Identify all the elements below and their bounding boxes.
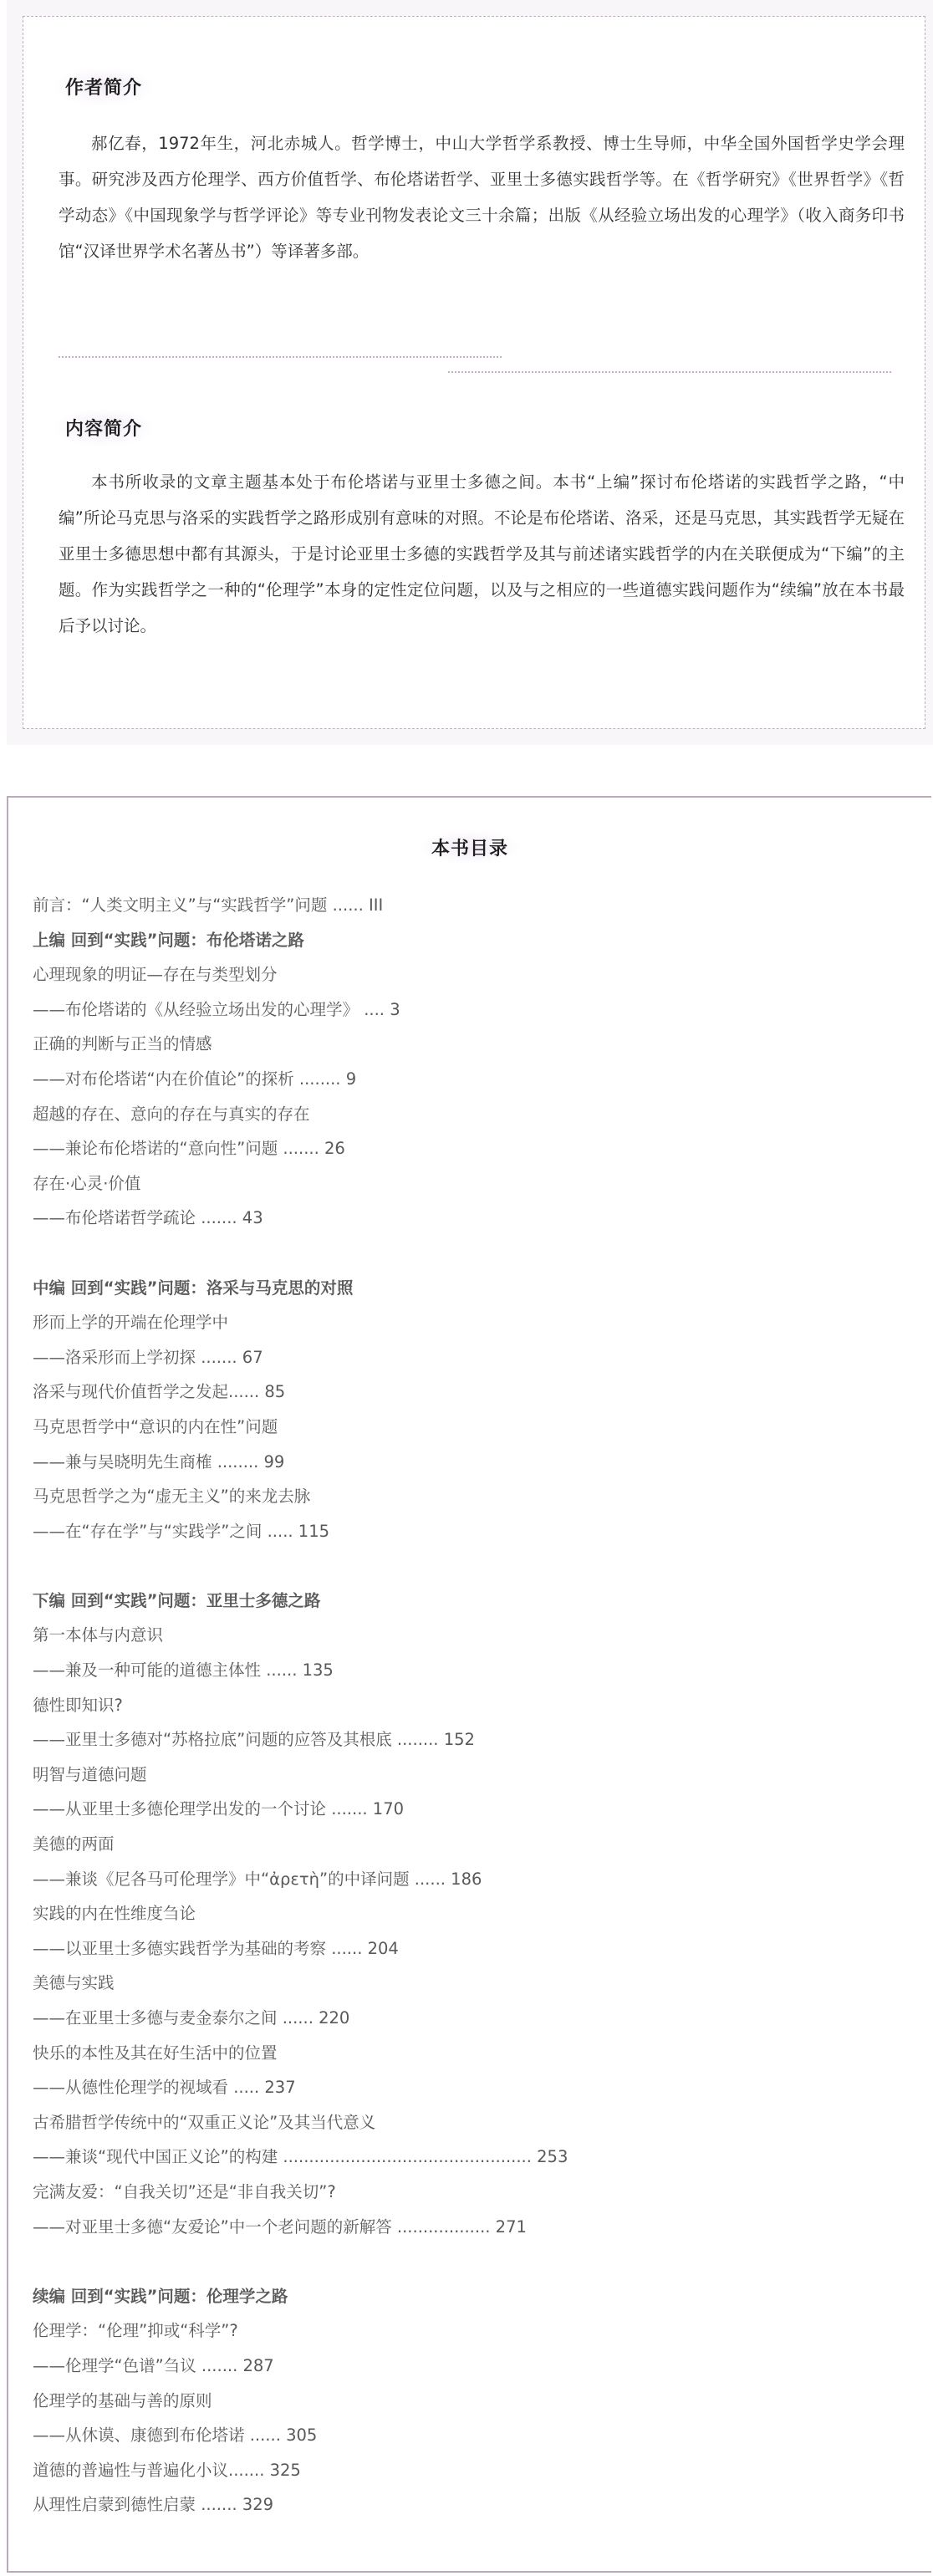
toc-entry: ——兼与吴晓明先生商榷 ........ 99 [33, 1445, 902, 1480]
dotted-divider [59, 356, 502, 358]
author-intro-heading: 作者简介 [57, 69, 150, 105]
content-intro-heading: 内容简介 [57, 410, 150, 446]
dotted-divider [448, 371, 891, 373]
toc-entry: ——在“存在学”与“实践学”之间 ..... 115 [33, 1514, 902, 1549]
toc-entry: ——伦理学“色谱”刍议 ....... 287 [33, 2349, 902, 2384]
toc-entry: 超越的存在、意向的存在与真实的存在 [33, 1097, 902, 1132]
toc-entry: ——对布伦塔诺“内在价值论”的探析 ........ 9 [33, 1062, 902, 1097]
author-intro-paragraph: 郝亿春，1972年生，河北赤城人。哲学博士，中山大学哲学系教授、博士生导师，中华… [59, 125, 905, 269]
toc-entry: 明智与道德问题 [33, 1757, 902, 1793]
toc-entry: ——兼及一种可能的道德主体性 ...... 135 [33, 1653, 902, 1688]
intro-section: 作者简介 郝亿春，1972年生，河北赤城人。哲学博士，中山大学哲学系教授、博士生… [7, 0, 933, 745]
intro-card: 作者简介 郝亿春，1972年生，河北赤城人。哲学博士，中山大学哲学系教授、博士生… [23, 16, 925, 729]
toc-entry: 第一本体与内意识 [33, 1618, 902, 1653]
toc-entry: 美德与实践 [33, 1966, 902, 2001]
content-intro-paragraph: 本书所收录的文章主题基本处于布伦塔诺与亚里士多德之间。本书“上编”探讨布伦塔诺的… [59, 464, 905, 644]
toc-entry: 德性即知识? [33, 1688, 902, 1723]
toc-entry: ——兼谈“现代中国正义论”的构建 .......................… [33, 2140, 902, 2175]
toc-part-heading: 下编 回到“实践”问题：亚里士多德之路 [33, 1584, 902, 1619]
toc-entry: 形而上学的开端在伦理学中 [33, 1305, 902, 1340]
toc-entry: 正确的判断与正当的情感 [33, 1027, 902, 1062]
toc-entry: ——从亚里士多德伦理学出发的一个讨论 ....... 170 [33, 1792, 902, 1827]
toc-entry: ——兼谈《尼各马可伦理学》中“ἀρετὴ”的中译问题 ...... 186 [33, 1862, 902, 1897]
toc-entry: ——在亚里士多德与麦金泰尔之间 ...... 220 [33, 2001, 902, 2036]
toc-entry: ——从休谟、康德到布伦塔诺 ...... 305 [33, 2418, 902, 2453]
table-of-contents: 本书目录 前言：“人类文明主义”与“实践哲学”问题 ...... III上编 回… [7, 796, 931, 2573]
toc-entry: ——布伦塔诺的《从经验立场出发的心理学》 .... 3 [33, 992, 902, 1028]
toc-entry: 存在·心灵·价值 [33, 1166, 902, 1201]
toc-title: 本书目录 [421, 831, 518, 864]
toc-entry: 马克思哲学之为“虚无主义”的来龙去脉 [33, 1479, 902, 1514]
toc-entry: ——洛采形而上学初探 ....... 67 [33, 1340, 902, 1375]
toc-entry: 快乐的本性及其在好生活中的位置 [33, 2036, 902, 2071]
toc-entry: 美德的两面 [33, 1827, 902, 1862]
toc-entry: 心理现象的明证—存在与类型划分 [33, 957, 902, 992]
toc-entry: ——对亚里士多德“友爱论”中一个老问题的新解答 ................… [33, 2210, 902, 2245]
toc-part-heading: 续编 回到“实践”问题：伦理学之路 [33, 2279, 902, 2314]
toc-part-heading: 中编 回到“实践”问题：洛采与马克思的对照 [33, 1271, 902, 1306]
toc-entry: 实践的内在性维度刍论 [33, 1896, 902, 1931]
toc-entry: 从理性启蒙到德性启蒙 ....... 329 [33, 2487, 902, 2522]
toc-entry: 前言：“人类文明主义”与“实践哲学”问题 ...... III [33, 888, 902, 923]
toc-list: 前言：“人类文明主义”与“实践哲学”问题 ...... III上编 回到“实践”… [33, 888, 902, 2522]
toc-entry: ——以亚里士多德实践哲学为基础的考察 ...... 204 [33, 1931, 902, 1966]
toc-entry: ——从德性伦理学的视域看 ..... 237 [33, 2070, 902, 2105]
toc-entry: 完满友爱：“自我关切”还是“非自我关切”? [33, 2175, 902, 2210]
toc-entry: ——布伦塔诺哲学疏论 ....... 43 [33, 1201, 902, 1236]
toc-entry: ——兼论布伦塔诺的“意向性”问题 ....... 26 [33, 1131, 902, 1166]
toc-entry: 伦理学的基础与善的原则 [33, 2384, 902, 2419]
toc-entry: 马克思哲学中“意识的内在性”问题 [33, 1410, 902, 1445]
toc-entry: ——亚里士多德对“苏格拉底”问题的应答及其根底 ........ 152 [33, 1722, 902, 1757]
toc-entry: 道德的普遍性与普遍化小议....... 325 [33, 2453, 902, 2488]
toc-entry: 洛采与现代价值哲学之发起...... 85 [33, 1375, 902, 1410]
toc-part-heading: 上编 回到“实践”问题：布伦塔诺之路 [33, 923, 902, 958]
toc-entry: 古希腊哲学传统中的“双重正义论”及其当代意义 [33, 2105, 902, 2140]
toc-entry: 伦理学：“伦理”抑或“科学”? [33, 2313, 902, 2349]
